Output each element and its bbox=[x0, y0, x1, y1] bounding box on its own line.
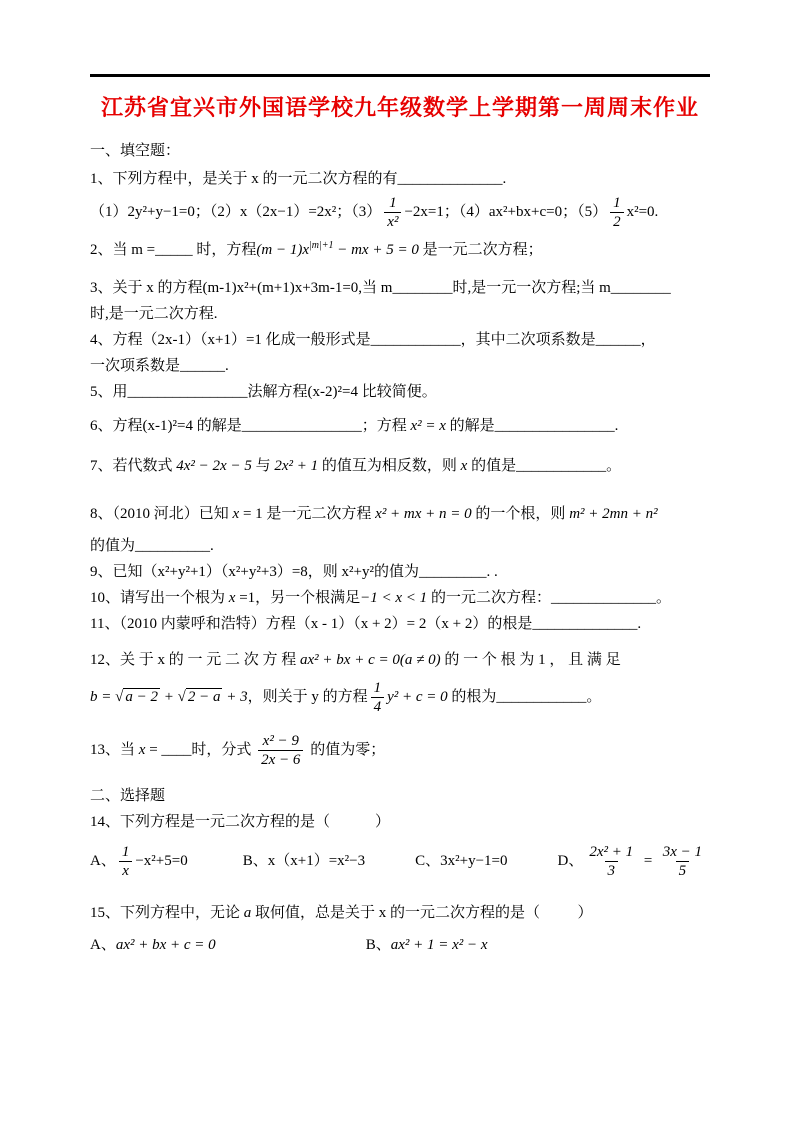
question-15-options: A、ax² + bx + c = 0B、ax² + 1 = x² − x bbox=[90, 932, 710, 958]
radical: √a − 2 bbox=[115, 688, 160, 705]
question-15: 15、下列方程中，无论 a 取何值，总是关于 x 的一元二次方程的是（ ） bbox=[90, 900, 710, 926]
question-2: 2、当 m =_____ 时，方程(m − 1)x|m|+1 − mx + 5 … bbox=[90, 237, 710, 263]
fraction: 14 bbox=[371, 679, 385, 716]
question-1-options: （1）2y²+y−1=0；（2）x（2x−1）=2x²；（3）1x²−2x=1；… bbox=[90, 194, 710, 231]
radical: √2 − a bbox=[178, 688, 223, 705]
question-9: 9、已知（x²+y²+1）（x²+y²+3）=8，则 x²+y²的值为_____… bbox=[90, 559, 710, 585]
question-6: 6、方程(x-1)²=4 的解是________________；方程 x² =… bbox=[90, 413, 710, 439]
question-14-options: A、1x−x²+5=0B、x（x+1）=x²−3C、3x²+y−1=0D、2x²… bbox=[90, 843, 710, 880]
question-3-line-1: 3、关于 x 的方程(m-1)x²+(m+1)x+3m-1=0,当 m_____… bbox=[90, 275, 710, 301]
page-title: 江苏省宜兴市外国语学校九年级数学上学期第一周周末作业 bbox=[90, 91, 710, 122]
top-rule bbox=[90, 74, 710, 77]
question-13: 13、当 x = ____时，分式 x² − 92x − 6 的值为零； bbox=[90, 732, 710, 769]
section-multiple-choice: 二、选择题 bbox=[90, 783, 710, 809]
question-11: 11、（2010 内蒙呼和浩特）方程（x - 1）（x + 2）= 2（x + … bbox=[90, 611, 710, 637]
question-3-line-2: 时,是一元二次方程. bbox=[90, 301, 710, 327]
question-4-line-1: 4、方程（2x-1）（x+1）=1 化成一般形式是____________，其中… bbox=[90, 327, 710, 353]
fraction: 12 bbox=[610, 194, 624, 231]
question-12-line-2: b = √a − 2 + √2 − a + 3，则关于 y 的方程14y² + … bbox=[90, 679, 710, 716]
question-8-line-1: 8、（2010 河北）已知 x = 1 是一元二次方程 x² + mx + n … bbox=[90, 501, 710, 527]
question-8-line-2: 的值为__________. bbox=[90, 533, 710, 559]
worksheet-page: 江苏省宜兴市外国语学校九年级数学上学期第一周周末作业 一、填空题：1、下列方程中… bbox=[0, 0, 794, 1122]
question-7: 7、若代数式 4x² − 2x − 5 与 2x² + 1 的值互为相反数，则 … bbox=[90, 453, 710, 479]
question-12-line-1: 12、关 于 x 的 一 元 二 次 方 程 ax² + bx + c = 0(… bbox=[90, 647, 710, 673]
section-fill-in: 一、填空题： bbox=[90, 138, 710, 164]
question-1: 1、下列方程中，是关于 x 的一元二次方程的有______________. bbox=[90, 166, 710, 192]
fraction: 1x bbox=[119, 843, 133, 880]
question-5: 5、用________________法解方程(x-2)²=4 比较简便。 bbox=[90, 379, 710, 405]
question-10: 10、请写出一个根为 x =1，另一个根满足−1 < x < 1 的一元二次方程… bbox=[90, 585, 710, 611]
fraction: 1x² bbox=[384, 194, 401, 231]
fraction: 3x − 15 bbox=[660, 843, 705, 880]
fraction: 2x² + 13 bbox=[586, 843, 636, 880]
question-14: 14、下列方程是一元二次方程的是（ ） bbox=[90, 809, 710, 835]
fraction: x² − 92x − 6 bbox=[258, 732, 303, 769]
worksheet-body: 一、填空题：1、下列方程中，是关于 x 的一元二次方程的有___________… bbox=[90, 138, 710, 958]
question-4-line-2: 一次项系数是______. bbox=[90, 353, 710, 379]
